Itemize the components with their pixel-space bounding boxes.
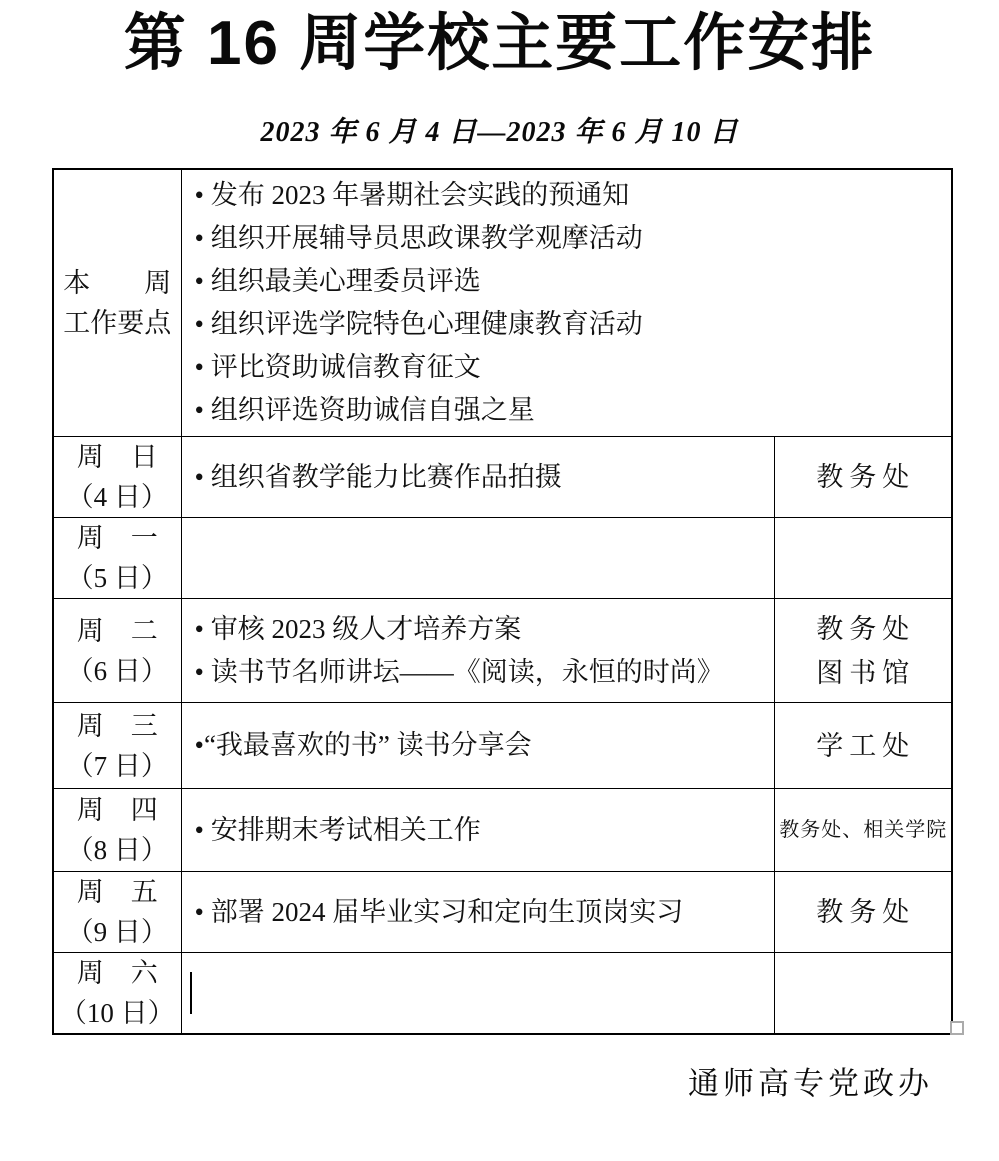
day-cell-tuesday[interactable]: 周 二 （6 日）: [53, 599, 181, 703]
day-date: （6 日）: [56, 651, 179, 691]
day-cell-sunday[interactable]: 周 日 （4 日）: [53, 437, 181, 518]
dept-cell-friday[interactable]: 教务处: [774, 872, 952, 953]
list-item: • 组织最美心理委员评选: [195, 260, 946, 303]
table-row-tuesday: 周 二 （6 日） • 审核 2023 级人才培养方案 • 读书节名师讲坛——《…: [53, 599, 952, 703]
day-cell-monday[interactable]: 周 一 （5 日）: [53, 518, 181, 599]
dept-cell-monday[interactable]: [774, 518, 952, 599]
table-row-friday: 周 五 （9 日） • 部署 2024 届毕业实习和定向生顶岗实习 教务处: [53, 872, 952, 953]
list-item: • 评比资助诚信教育征文: [195, 346, 946, 389]
weekly-focus-header[interactable]: 本 周 工作要点: [53, 169, 181, 437]
day-date: （9 日）: [56, 912, 179, 952]
items-cell-monday[interactable]: [181, 518, 774, 599]
items-cell-sunday[interactable]: • 组织省教学能力比赛作品拍摄: [181, 437, 774, 518]
items-cell-thursday[interactable]: • 安排期末考试相关工作: [181, 789, 774, 872]
list-item: •“我最喜欢的书” 读书分享会: [195, 724, 768, 767]
dept-label: 教务处: [776, 607, 951, 651]
list-item: • 审核 2023 级人才培养方案: [195, 608, 768, 651]
dept-cell-tuesday[interactable]: 教务处 图书馆: [774, 599, 952, 703]
table-row-sunday: 周 日 （4 日） • 组织省教学能力比赛作品拍摄 教务处: [53, 437, 952, 518]
items-cell-tuesday[interactable]: • 审核 2023 级人才培养方案 • 读书节名师讲坛——《阅读，永恒的时尚》: [181, 599, 774, 703]
day-cell-friday[interactable]: 周 五 （9 日）: [53, 872, 181, 953]
day-cell-wednesday[interactable]: 周 三 （7 日）: [53, 703, 181, 789]
day-date: （4 日）: [56, 477, 179, 517]
weekly-focus-label-line1: 本 周: [56, 263, 179, 303]
table-row-thursday: 周 四 （8 日） • 安排期末考试相关工作 教务处、相关学院: [53, 789, 952, 872]
table-row-monday: 周 一 （5 日）: [53, 518, 952, 599]
items-cell-friday[interactable]: • 部署 2024 届毕业实习和定向生顶岗实习: [181, 872, 774, 953]
dept-cell-thursday[interactable]: 教务处、相关学院: [774, 789, 952, 872]
table-row-weekly-focus: 本 周 工作要点 • 发布 2023 年暑期社会实践的预通知 • 组织开展辅导员…: [53, 169, 952, 437]
dept-label: 图书馆: [776, 651, 951, 695]
day-cell-saturday[interactable]: 周 六 （10 日）: [53, 953, 181, 1035]
table-resize-handle[interactable]: [950, 1021, 964, 1035]
day-date: （8 日）: [56, 830, 179, 870]
weekly-focus-label-line2: 工作要点: [56, 303, 179, 343]
dept-label: 教务处: [776, 455, 951, 499]
day-label: 周 六: [56, 953, 179, 993]
list-item: • 安排期末考试相关工作: [195, 809, 768, 852]
text-cursor: [190, 972, 192, 1014]
dept-cell-wednesday[interactable]: 学工处: [774, 703, 952, 789]
dept-label: 学工处: [776, 724, 951, 768]
day-label: 周 二: [56, 611, 179, 651]
dept-label: 教务处: [776, 890, 951, 934]
footer-signature[interactable]: 通师高专党政办: [688, 1058, 933, 1103]
day-label: 周 五: [56, 872, 179, 912]
day-date: （7 日）: [56, 746, 179, 786]
list-item: • 部署 2024 届毕业实习和定向生顶岗实习: [195, 891, 768, 934]
list-item: • 组织省教学能力比赛作品拍摄: [195, 456, 768, 499]
items-cell-wednesday[interactable]: •“我最喜欢的书” 读书分享会: [181, 703, 774, 789]
schedule-table: 本 周 工作要点 • 发布 2023 年暑期社会实践的预通知 • 组织开展辅导员…: [52, 168, 953, 1035]
day-date: （5 日）: [56, 558, 179, 598]
dept-label: 教务处、相关学院: [776, 808, 951, 852]
day-label: 周 四: [56, 790, 179, 830]
table-row-wednesday: 周 三 （7 日） •“我最喜欢的书” 读书分享会 学工处: [53, 703, 952, 789]
date-range[interactable]: 2023 年 6 月 4 日—2023 年 6 月 10 日: [0, 110, 999, 150]
day-label: 周 三: [56, 706, 179, 746]
list-item: • 组织评选资助诚信自强之星: [195, 389, 946, 432]
weekly-focus-items-cell[interactable]: • 发布 2023 年暑期社会实践的预通知 • 组织开展辅导员思政课教学观摩活动…: [181, 169, 952, 437]
dept-cell-sunday[interactable]: 教务处: [774, 437, 952, 518]
list-item: • 读书节名师讲坛——《阅读，永恒的时尚》: [195, 651, 768, 694]
schedule-table-wrap: 本 周 工作要点 • 发布 2023 年暑期社会实践的预通知 • 组织开展辅导员…: [52, 168, 951, 1035]
document-page: 第 16 周学校主要工作安排 2023 年 6 月 4 日—2023 年 6 月…: [0, 0, 999, 1161]
list-item: • 发布 2023 年暑期社会实践的预通知: [195, 174, 946, 217]
list-item: • 组织开展辅导员思政课教学观摩活动: [195, 217, 946, 260]
day-cell-thursday[interactable]: 周 四 （8 日）: [53, 789, 181, 872]
day-date: （10 日）: [56, 993, 179, 1033]
page-title[interactable]: 第 16 周学校主要工作安排: [0, 8, 999, 79]
day-label: 周 日: [56, 437, 179, 477]
table-row-saturday: 周 六 （10 日）: [53, 953, 952, 1035]
day-label: 周 一: [56, 518, 179, 558]
dept-cell-saturday[interactable]: [774, 953, 952, 1035]
list-item: • 组织评选学院特色心理健康教育活动: [195, 303, 946, 346]
items-cell-saturday[interactable]: [181, 953, 774, 1035]
